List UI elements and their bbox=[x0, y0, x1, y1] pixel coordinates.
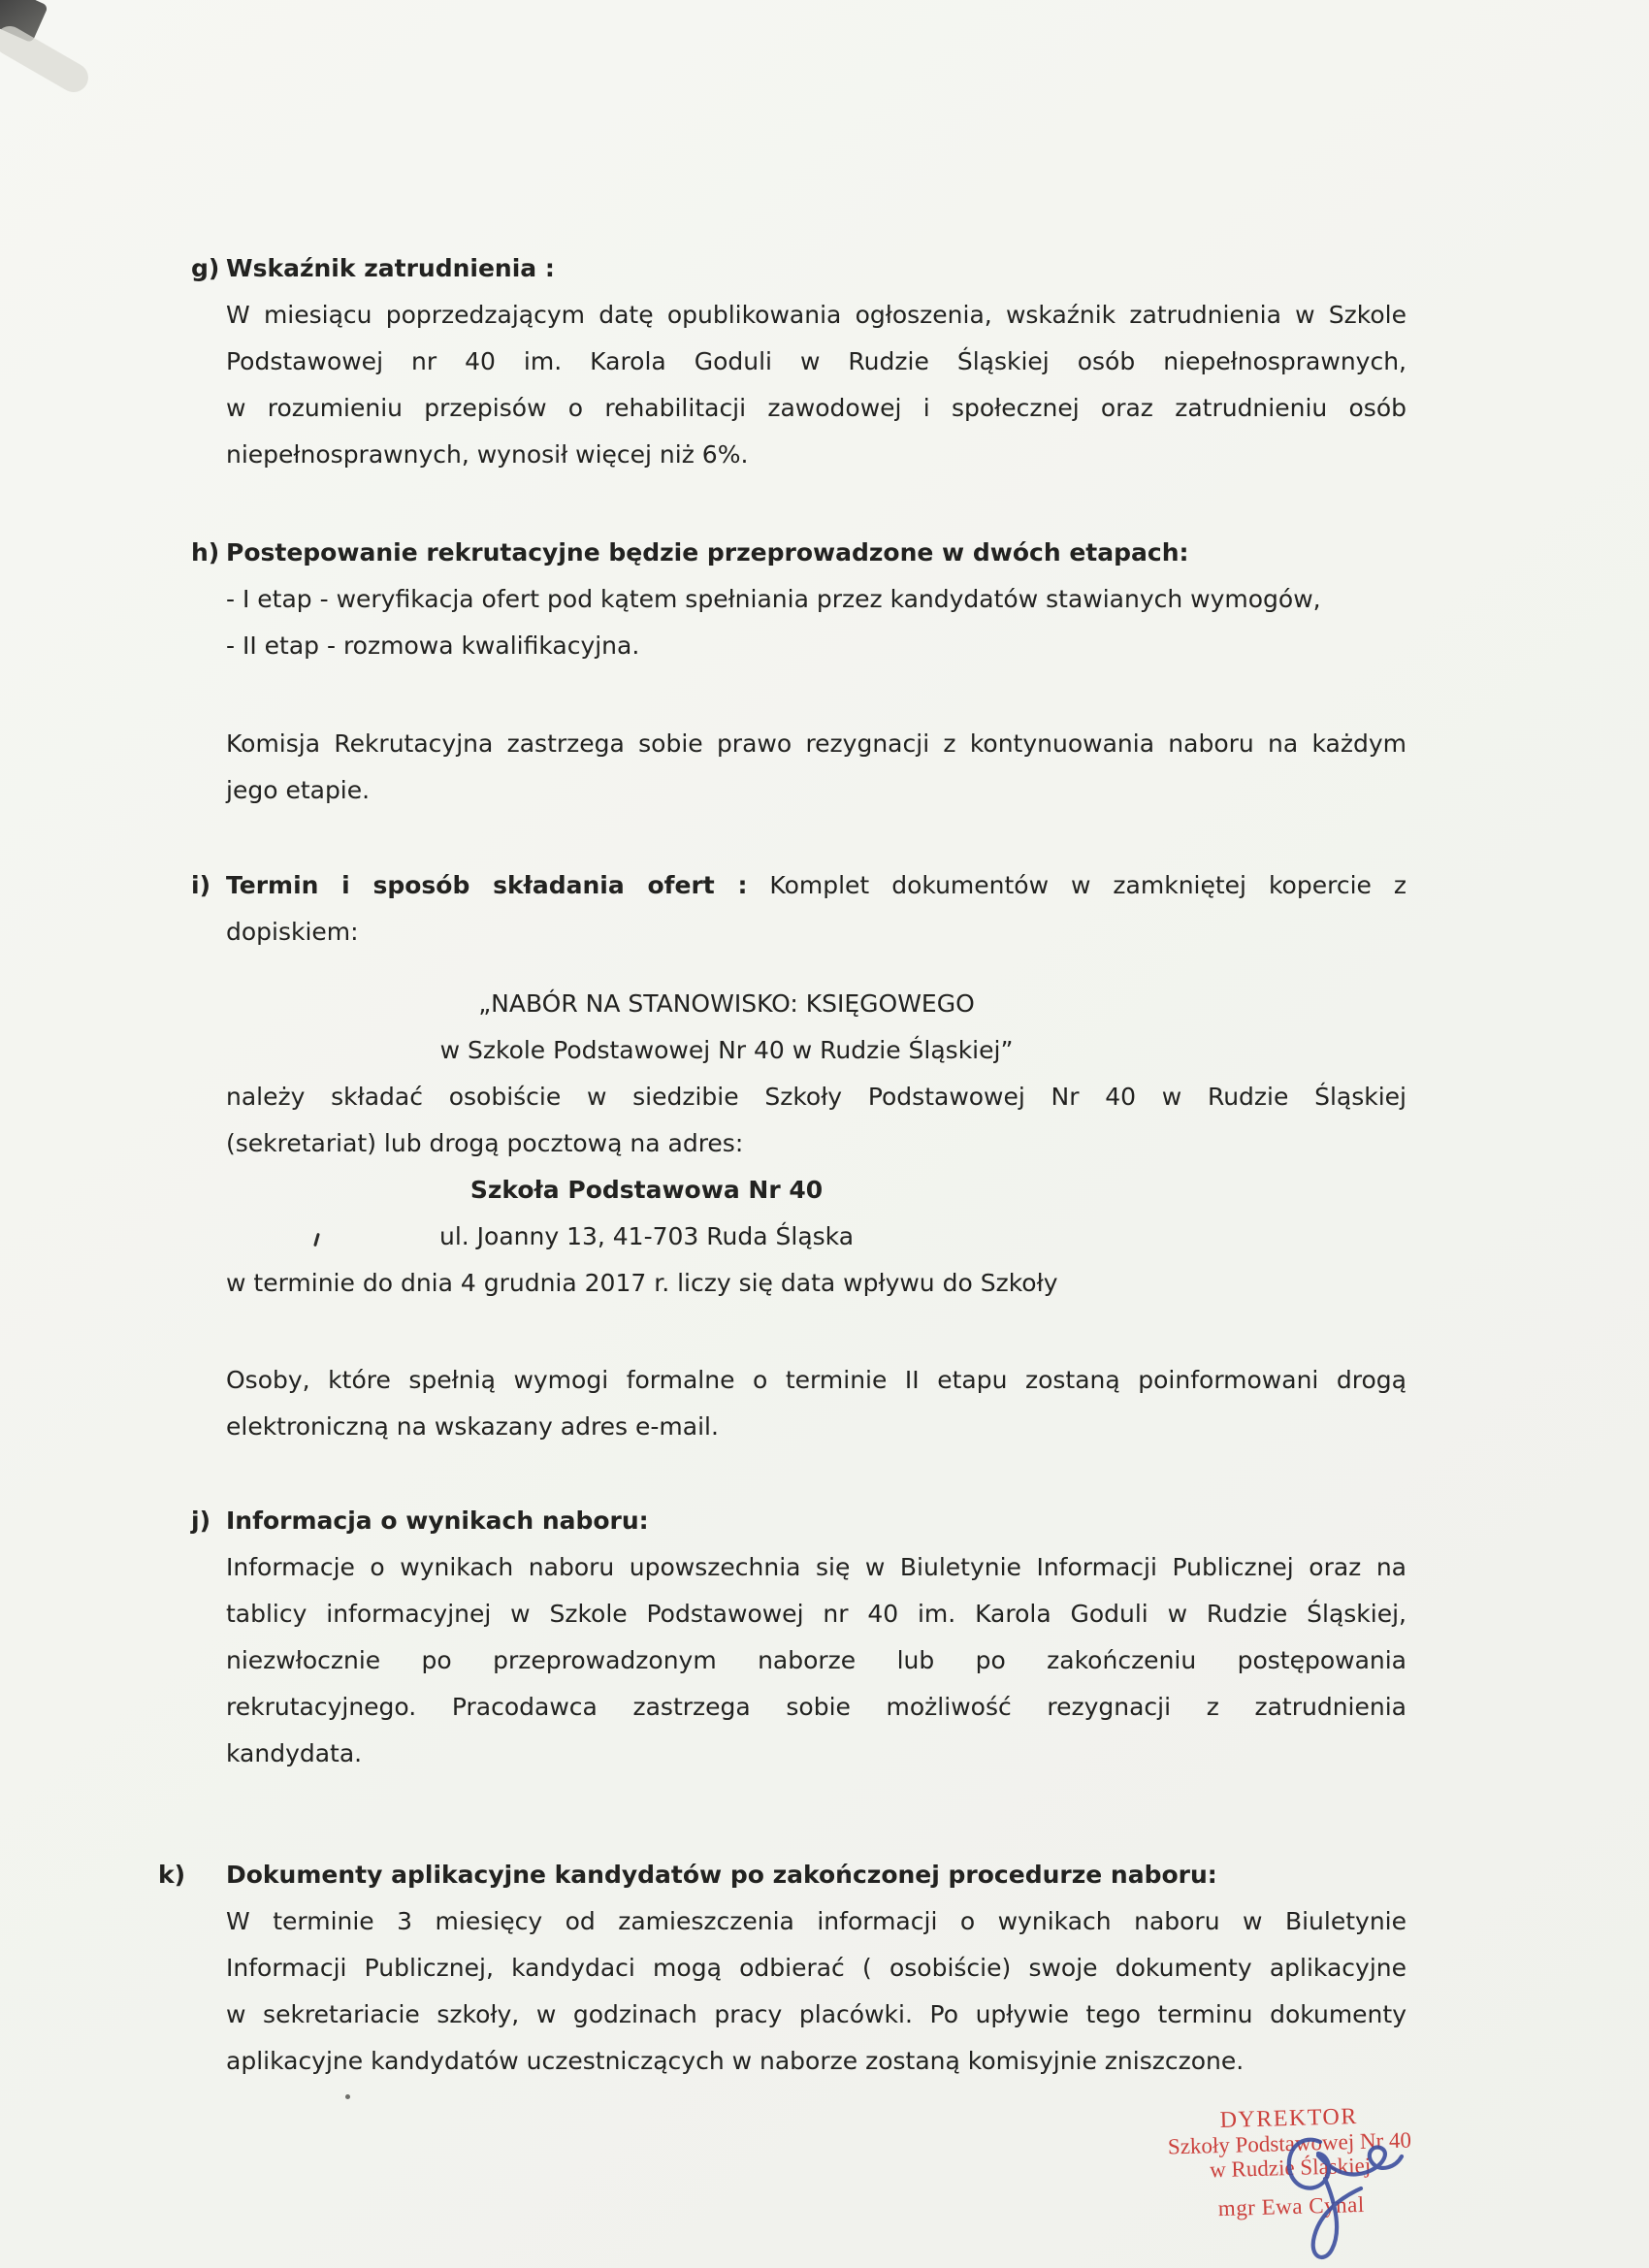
text-line: Komisja Rekrutacyjna zastrzega sobie pra… bbox=[226, 721, 1406, 767]
spacer bbox=[226, 956, 1406, 981]
text-line: tablicy informacyjnej w Szkole Podstawow… bbox=[226, 1591, 1406, 1637]
stray-dot-mark bbox=[345, 2094, 350, 2099]
text-line: niezwłocznie po przeprowadzonym naborze … bbox=[226, 1637, 1406, 1684]
text-line: aplikacyjne kandydatów uczestniczących w… bbox=[226, 2038, 1406, 2085]
envelope-title-line: „NABÓR NA STANOWISKO: KSIĘGOWEGO bbox=[226, 981, 1406, 1027]
section-g: g) Wskaźnik zatrudnienia : W miesiącu po… bbox=[226, 245, 1406, 478]
scan-light-streak bbox=[0, 21, 93, 98]
text-line: Informacje o wynikach naboru upowszechni… bbox=[226, 1544, 1406, 1591]
text-line: (sekretariat) lub drogą pocztową na adre… bbox=[226, 1120, 1406, 1167]
section-i: i) Termin i sposób składania ofert : Kom… bbox=[226, 862, 1406, 1307]
text-line: W terminie 3 miesięcy od zamieszczenia i… bbox=[226, 1898, 1406, 1945]
address-street: ul. Joanny 13, 41-703 Ruda Śląska bbox=[226, 1214, 1406, 1260]
section-k-heading: Dokumenty aplikacyjne kandydatów po zako… bbox=[226, 1852, 1406, 1898]
section-j-label: j) bbox=[191, 1498, 210, 1544]
section-j-heading: Informacja o wynikach naboru: bbox=[226, 1498, 1406, 1544]
section-i-heading-rest: Komplet dokumentów w zamkniętej kopercie… bbox=[747, 871, 1406, 899]
section-h-heading: Postepowanie rekrutacyjne będzie przepro… bbox=[226, 530, 1406, 576]
text-line: niepełnosprawnych, wynosił więcej niż 6%… bbox=[226, 432, 1406, 478]
text-line: rekrutacyjnego. Pracodawca zastrzega sob… bbox=[226, 1684, 1406, 1731]
paragraph-komisja: Komisja Rekrutacyjna zastrzega sobie pra… bbox=[226, 721, 1406, 814]
text-line: dopiskiem: bbox=[226, 909, 1406, 956]
text-line: W miesiącu poprzedzającym datę opublikow… bbox=[226, 292, 1406, 339]
section-i-heading-line: Termin i sposób składania ofert : Komple… bbox=[226, 862, 1406, 909]
text-line: Informacji Publicznej, kandydaci mogą od… bbox=[226, 1945, 1406, 1992]
section-g-label: g) bbox=[191, 245, 219, 292]
section-h-label: h) bbox=[191, 530, 219, 576]
section-k: k) Dokumenty aplikacyjne kandydatów po z… bbox=[226, 1852, 1406, 2085]
envelope-subtitle-line: w Szkole Podstawowej Nr 40 w Rudzie Śląs… bbox=[226, 1027, 1406, 1074]
section-k-label: k) bbox=[158, 1852, 185, 1898]
paragraph-osoby: Osoby, które spełnią wymogi formalne o t… bbox=[226, 1357, 1406, 1450]
scanned-document-page: { "doc": { "g": { "label": "g)", "headin… bbox=[0, 0, 1649, 2268]
text-line: należy składać osobiście w siedzibie Szk… bbox=[226, 1074, 1406, 1120]
section-j: j) Informacja o wynikach naboru: Informa… bbox=[226, 1498, 1406, 1777]
text-line: w sekretariacie szkoły, w godzinach prac… bbox=[226, 1992, 1406, 2038]
text-line: w rozumieniu przepisów o rehabilitacji z… bbox=[226, 385, 1406, 432]
text-line: Osoby, które spełnią wymogi formalne o t… bbox=[226, 1357, 1406, 1404]
section-i-heading-bold: Termin i sposób składania ofert : bbox=[226, 871, 747, 899]
handwritten-signature bbox=[1256, 2122, 1407, 2264]
list-item: - I etap - weryfikacja ofert pod kątem s… bbox=[226, 576, 1406, 623]
text-line: Podstawowej nr 40 im. Karola Goduli w Ru… bbox=[226, 339, 1406, 385]
section-h: h) Postepowanie rekrutacyjne będzie prze… bbox=[226, 530, 1406, 669]
deadline-line: w terminie do dnia 4 grudnia 2017 r. lic… bbox=[226, 1260, 1406, 1307]
text-line: elektroniczną na wskazany adres e-mail. bbox=[226, 1404, 1406, 1450]
section-g-heading: Wskaźnik zatrudnienia : bbox=[226, 245, 1406, 292]
text-line: jego etapie. bbox=[226, 767, 1406, 814]
address-school-name: Szkoła Podstawowa Nr 40 bbox=[226, 1167, 1406, 1214]
section-i-label: i) bbox=[191, 862, 210, 909]
text-line: kandydata. bbox=[226, 1731, 1406, 1777]
list-item: - II etap - rozmowa kwalifikacyjna. bbox=[226, 623, 1406, 669]
